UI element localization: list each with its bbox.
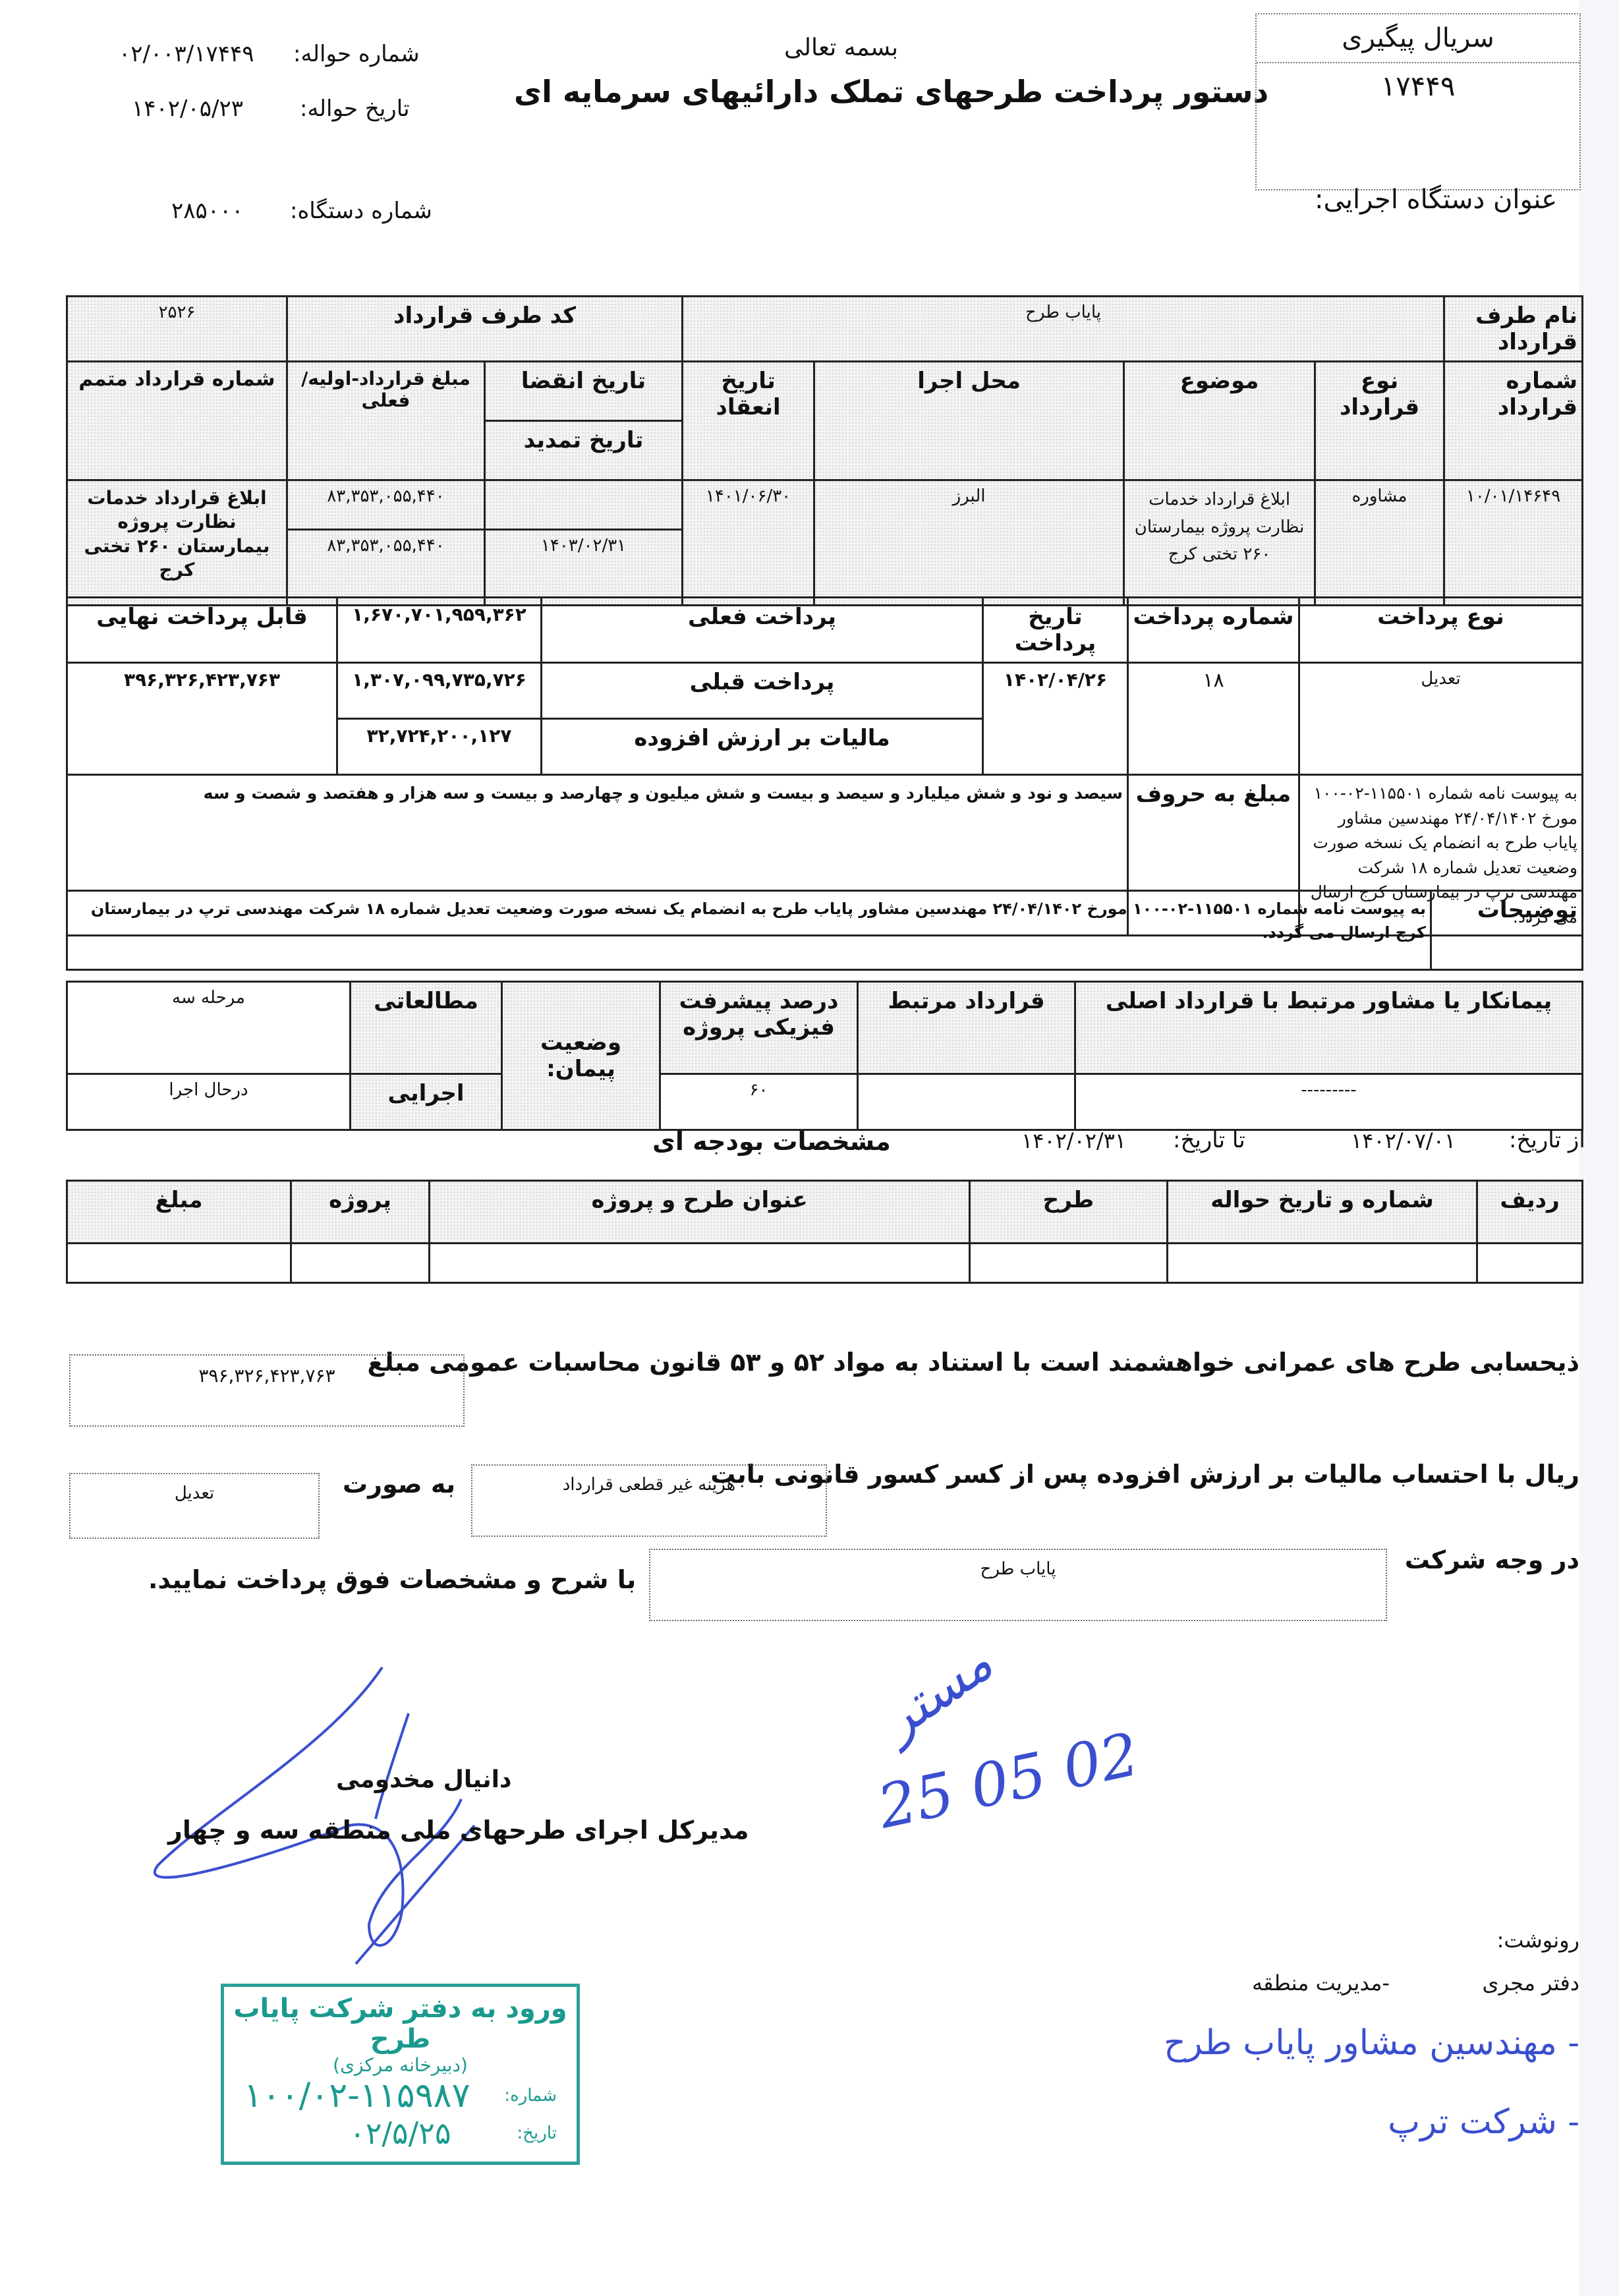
expiry-date-header: تاریخ انقضا (485, 362, 683, 421)
copy-item-region: -مدیریت منطقه (1252, 1970, 1390, 1995)
conclusion-date-value: ۱۴۰۱/۰۶/۳۰ (683, 480, 814, 606)
subject-header: موضوع (1124, 362, 1315, 480)
conclusion-date-header: تاریخ انعقاد (683, 362, 814, 480)
scan-edge (1579, 0, 1619, 2296)
payment-table: نوع پرداخت شماره پرداخت تاریخ پرداخت پرد… (66, 596, 1583, 936)
stamp-date-value: ۰۲/۵/۲۵ (349, 2115, 451, 2151)
payment-date-label: تاریخ پرداخت (983, 598, 1128, 663)
related-contract-value (858, 1074, 1075, 1130)
device-number-value: ۲۸۵۰۰۰ (171, 198, 244, 224)
payment-type-value: تعدیل (1299, 663, 1583, 775)
expiry-date-value (485, 480, 683, 530)
copy-handwritten-2: - شرکت ترپ (1388, 2102, 1579, 2142)
page-title: دستور پرداخت طرحهای تملک دارائیهای سرمای… (514, 74, 1268, 109)
current-payment-label: پرداخت فعلی (542, 598, 983, 663)
vat-value: ۳۲,۷۲۴,۲۰۰,۱۲۷ (337, 719, 542, 775)
copy-item-office: دفتر مجری (1482, 1970, 1579, 1995)
related-contract-label: قرارداد مرتبط (858, 982, 1075, 1074)
reason-box: هزینه غیر قطعی قرارداد (471, 1464, 827, 1537)
stamp-number-label: شماره: (504, 2086, 557, 2106)
copy-label: رونوشت: (1497, 1928, 1579, 1953)
budget-to-date-label: تا تاریخ: (1173, 1127, 1245, 1153)
contract-number-value: ۱۰/۰۱/۱۴۶۴۹ (1444, 480, 1583, 606)
party-code-value: ۲۵۲۶ (67, 297, 287, 362)
budget-header-plan: طرح (970, 1181, 1168, 1244)
stamp-date-label: تاریخ: (517, 2123, 557, 2143)
signature-scribble (132, 1648, 659, 1977)
location-value: البرز (814, 480, 1124, 606)
budget-cell (970, 1244, 1168, 1283)
havale-date-label: تاریخ حواله: (300, 96, 410, 122)
budget-from-date-label: از تاریخ: (1509, 1127, 1585, 1153)
stamp-number-value: ۱۰۰/۰۲-۱۱۵۹۸۷ (244, 2076, 470, 2115)
signatory-name: دانیال مخدومی (336, 1766, 511, 1793)
party-name-label: نام طرف قرارداد (1444, 297, 1583, 362)
bismillah: بسمه تعالی (784, 34, 898, 61)
instruction-company-prefix: در وجه شرکت (1405, 1545, 1579, 1574)
device-number-label: شماره دستگاه: (290, 198, 432, 224)
signatory-title: مدیرکل اجرای طرحهای ملی منطقه سه و چهار (168, 1816, 749, 1845)
party-code-label: کد طرف قرارداد (287, 297, 683, 362)
extension-date-header: تاریخ تمدید (485, 421, 683, 480)
budget-table: ردیف شماره و تاریخ حواله طرح عنوان طرح و… (66, 1180, 1583, 1284)
related-contractor-label: پیمانکار یا مشاور مرتبط با قرارداد اصلی (1075, 982, 1583, 1074)
payment-number-value: ۱۸ (1128, 663, 1299, 775)
contract-type-value: مشاوره (1315, 480, 1444, 606)
final-payable-label: قابل پرداخت نهایی (67, 598, 337, 663)
budget-title: مشخصات بودجه ای (652, 1127, 891, 1156)
previous-payment-label: پرداخت قبلی (542, 663, 983, 719)
copy-handwritten-1: - مهندسین مشاور پایاب طرح (1164, 2023, 1579, 2063)
vat-label: مالیات بر ارزش افزوده (542, 719, 983, 775)
serial-value: ۱۷۴۴۹ (1257, 63, 1579, 102)
supplement-number-header: شماره قرارداد متمم (67, 362, 287, 480)
instruction-suffix: با شرح و مشخصات فوق پرداخت نمایید. (148, 1565, 636, 1594)
contract-table: نام طرف قرارداد پایاب طرح کد طرف قرارداد… (66, 295, 1583, 606)
stamp-title: ورود به دفتر شرکت پایاب طرح (224, 1994, 577, 2054)
serial-box: سریال پیگیری ۱۷۴۴۹ (1255, 13, 1581, 190)
budget-cell (67, 1244, 291, 1283)
budget-from-date-value: ۱۴۰۲/۰۷/۰۱ (1351, 1128, 1456, 1153)
handwritten-note: مستر (870, 1632, 1004, 1751)
instruction-line-2: ریال با احتساب مالیات بر ارزش افزوده پس … (710, 1460, 1579, 1489)
extension-date-value: ۱۴۰۳/۰۲/۳۱ (485, 530, 683, 606)
budget-cell (1477, 1244, 1583, 1283)
payment-number-label: شماره پرداخت (1128, 598, 1299, 663)
status-table: پیمانکار یا مشاور مرتبط با قرارداد اصلی … (66, 981, 1583, 1131)
amount-box: ۳۹۶,۳۲۶,۴۲۳,۷۶۳ (69, 1354, 465, 1427)
as-box: تعدیل (69, 1473, 320, 1539)
status-study-label: مطالعاتی (351, 982, 502, 1074)
budget-header-project: پروژه (291, 1181, 430, 1244)
status-exec-value: درحال اجرا (67, 1074, 351, 1130)
budget-header-havale: شماره و تاریخ حواله (1168, 1181, 1477, 1244)
location-header: محل اجرا (814, 362, 1124, 480)
contract-number-header: شماره قرارداد (1444, 362, 1583, 480)
instruction-line-1: ذیحسابی طرح های عمرانی خواهشمند است با ا… (367, 1348, 1579, 1377)
payment-type-label: نوع پرداخت (1299, 598, 1583, 663)
related-contractor-value: --------- (1075, 1074, 1583, 1130)
amount-header: مبلغ قرارداد-اولیه/فعلی (287, 362, 485, 480)
serial-label: سریال پیگیری (1257, 14, 1579, 63)
physical-progress-label: درصد پیشرفت فیزیکی پروژه (660, 982, 858, 1074)
subject-value: ابلاغ قرارداد خدمات نظارت پروژه بیمارستا… (1124, 480, 1315, 606)
budget-header-row-number: ردیف (1477, 1181, 1583, 1244)
amount-current-value: ۸۳,۳۵۳,۰۵۵,۴۴۰ (287, 530, 485, 606)
amount-initial-value: ۸۳,۳۵۳,۰۵۵,۴۴۰ (287, 480, 485, 530)
as-label: به صورت (343, 1470, 455, 1499)
final-payable-value: ۳۹۶,۳۲۶,۴۲۳,۷۶۳ (67, 663, 337, 775)
status-study-value: مرحله سه (67, 982, 351, 1074)
company-box: پایاب طرح (649, 1549, 1387, 1621)
budget-cell (291, 1244, 430, 1283)
budget-to-date-value: ۱۴۰۲/۰۲/۳۱ (1021, 1128, 1126, 1153)
description-value: به پیوست نامه شماره ۱۱۵۵۰۱-۰۲-۱۰۰ مورخ ۲… (67, 891, 1431, 970)
budget-header-title: عنوان طرح و پروژه (430, 1181, 970, 1244)
description-table: توضیحات به پیوست نامه شماره ۱۱۵۵۰۱-۰۲-۱۰… (66, 890, 1583, 971)
description-label: توضیحات (1431, 891, 1583, 970)
havale-number-label: شماره حواله: (293, 41, 420, 67)
stamp-subtitle: (دبیرخانه مرکزی) (224, 2054, 577, 2076)
current-payment-value: ۱,۶۷۰,۷۰۱,۹۵۹,۳۶۲ (337, 598, 542, 663)
previous-payment-value: ۱,۳۰۷,۰۹۹,۷۳۵,۷۲۶ (337, 663, 542, 719)
payment-date-value: ۱۴۰۲/۰۴/۲۶ (983, 663, 1128, 775)
entry-stamp: ورود به دفتر شرکت پایاب طرح (دبیرخانه مر… (221, 1984, 580, 2165)
havale-number-value: ۰۲/۰۰۳/۱۷۴۴۹ (119, 41, 254, 67)
budget-cell (430, 1244, 970, 1283)
contract-status-label: وضعیت پیمان: (502, 982, 660, 1130)
status-exec-label: اجرایی (351, 1074, 502, 1130)
supplement-number-value: ابلاغ قرارداد خدمات نظارت پروژه بیمارستا… (67, 480, 287, 606)
executive-org-label: عنوان دستگاه اجرایی: (1315, 185, 1557, 215)
havale-date-value: ۱۴۰۲/۰۵/۲۳ (132, 96, 243, 122)
physical-progress-value: ۶۰ (660, 1074, 858, 1130)
contract-type-header: نوع قرارداد (1315, 362, 1444, 480)
party-name-value: پایاب طرح (683, 297, 1444, 362)
budget-cell (1168, 1244, 1477, 1283)
budget-header-amount: مبلغ (67, 1181, 291, 1244)
